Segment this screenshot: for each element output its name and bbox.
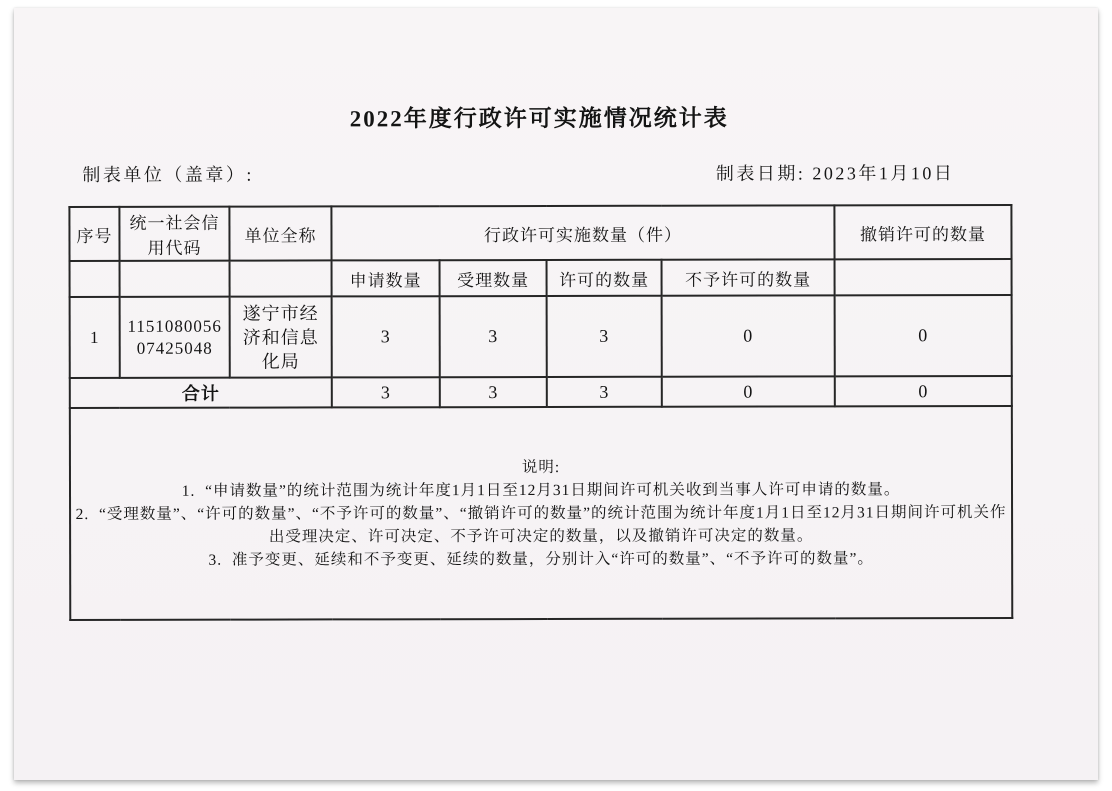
table-row: 1 115108005607425048 遂宁市经济和信息化局 3 3 3 0 …	[70, 295, 1012, 378]
scanned-paper: 2022年度行政许可实施情况统计表 制表单位（盖章）: 制表日期: 2023年1…	[14, 8, 1098, 780]
cell-seq: 1	[70, 297, 120, 378]
notes-cell: 说明: 1. “申请数量”的统计范围为统计年度1月1日至12月31日期间许可机关…	[70, 406, 1012, 620]
subheader-accept: 受理数量	[440, 260, 547, 296]
header-credit-code: 统一社会信用代码	[119, 207, 229, 261]
header-unit-name: 单位全称	[229, 206, 331, 260]
header-revoked: 撤销许可的数量	[834, 205, 1011, 259]
report-date-label: 制表日期: 2023年1月10日	[716, 159, 955, 185]
note-item-2: 2. “受理数量”、“许可的数量”、“不予许可的数量”、“撤销许可的数量”的统计…	[75, 501, 1007, 549]
subheader-apply: 申请数量	[332, 260, 440, 296]
total-accept: 3	[440, 377, 547, 407]
cell-credit-code: 115108005607425048	[120, 297, 230, 378]
cell-not-licensed: 0	[662, 295, 835, 376]
cell-apply: 3	[332, 296, 440, 377]
issuing-unit-label: 制表单位（盖章）:	[82, 161, 254, 187]
total-apply: 3	[332, 377, 440, 407]
cell-revoked: 0	[835, 295, 1012, 376]
total-label: 合计	[70, 377, 332, 408]
document-content: 2022年度行政许可实施情况统计表 制表单位（盖章）: 制表日期: 2023年1…	[68, 7, 1010, 9]
cell-licensed: 3	[547, 296, 662, 377]
total-not-licensed: 0	[662, 376, 835, 406]
page-title: 2022年度行政许可实施情况统计表	[68, 99, 1010, 134]
cell-unit-name: 遂宁市经济和信息化局	[230, 296, 332, 377]
empty-cell-unit-name	[230, 260, 332, 296]
cell-accept: 3	[440, 296, 547, 377]
meta-row: 制表单位（盖章）: 制表日期: 2023年1月10日	[68, 159, 1010, 187]
subheader-not-licensed: 不予许可的数量	[662, 259, 835, 295]
subheader-licensed: 许可的数量	[547, 260, 662, 296]
empty-cell-revoked	[835, 259, 1012, 295]
header-row-2: 申请数量 受理数量 许可的数量 不予许可的数量	[70, 259, 1012, 297]
empty-cell-seq	[70, 261, 120, 297]
note-item-1: 1. “申请数量”的统计范围为统计年度1月1日至12月31日期间许可机关收到当事…	[75, 478, 1007, 503]
total-revoked: 0	[835, 376, 1012, 406]
statistics-table: 序号 统一社会信用代码 单位全称 行政许可实施数量（件） 撤销许可的数量 申请数…	[68, 204, 1013, 621]
notes-heading: 说明:	[75, 455, 1007, 480]
empty-cell-credit-code	[120, 261, 230, 297]
header-impl-group: 行政许可实施数量（件）	[331, 205, 834, 260]
total-licensed: 3	[547, 377, 662, 407]
note-item-3: 3. 准予变更、延续和不予变更、延续的数量，分别计入“许可的数量”、“不予许可的…	[75, 547, 1007, 572]
header-row-1: 序号 统一社会信用代码 单位全称 行政许可实施数量（件） 撤销许可的数量	[69, 205, 1011, 261]
header-seq: 序号	[69, 207, 119, 261]
notes-row: 说明: 1. “申请数量”的统计范围为统计年度1月1日至12月31日期间许可机关…	[70, 406, 1012, 620]
total-row: 合计 3 3 3 0 0	[70, 376, 1012, 408]
